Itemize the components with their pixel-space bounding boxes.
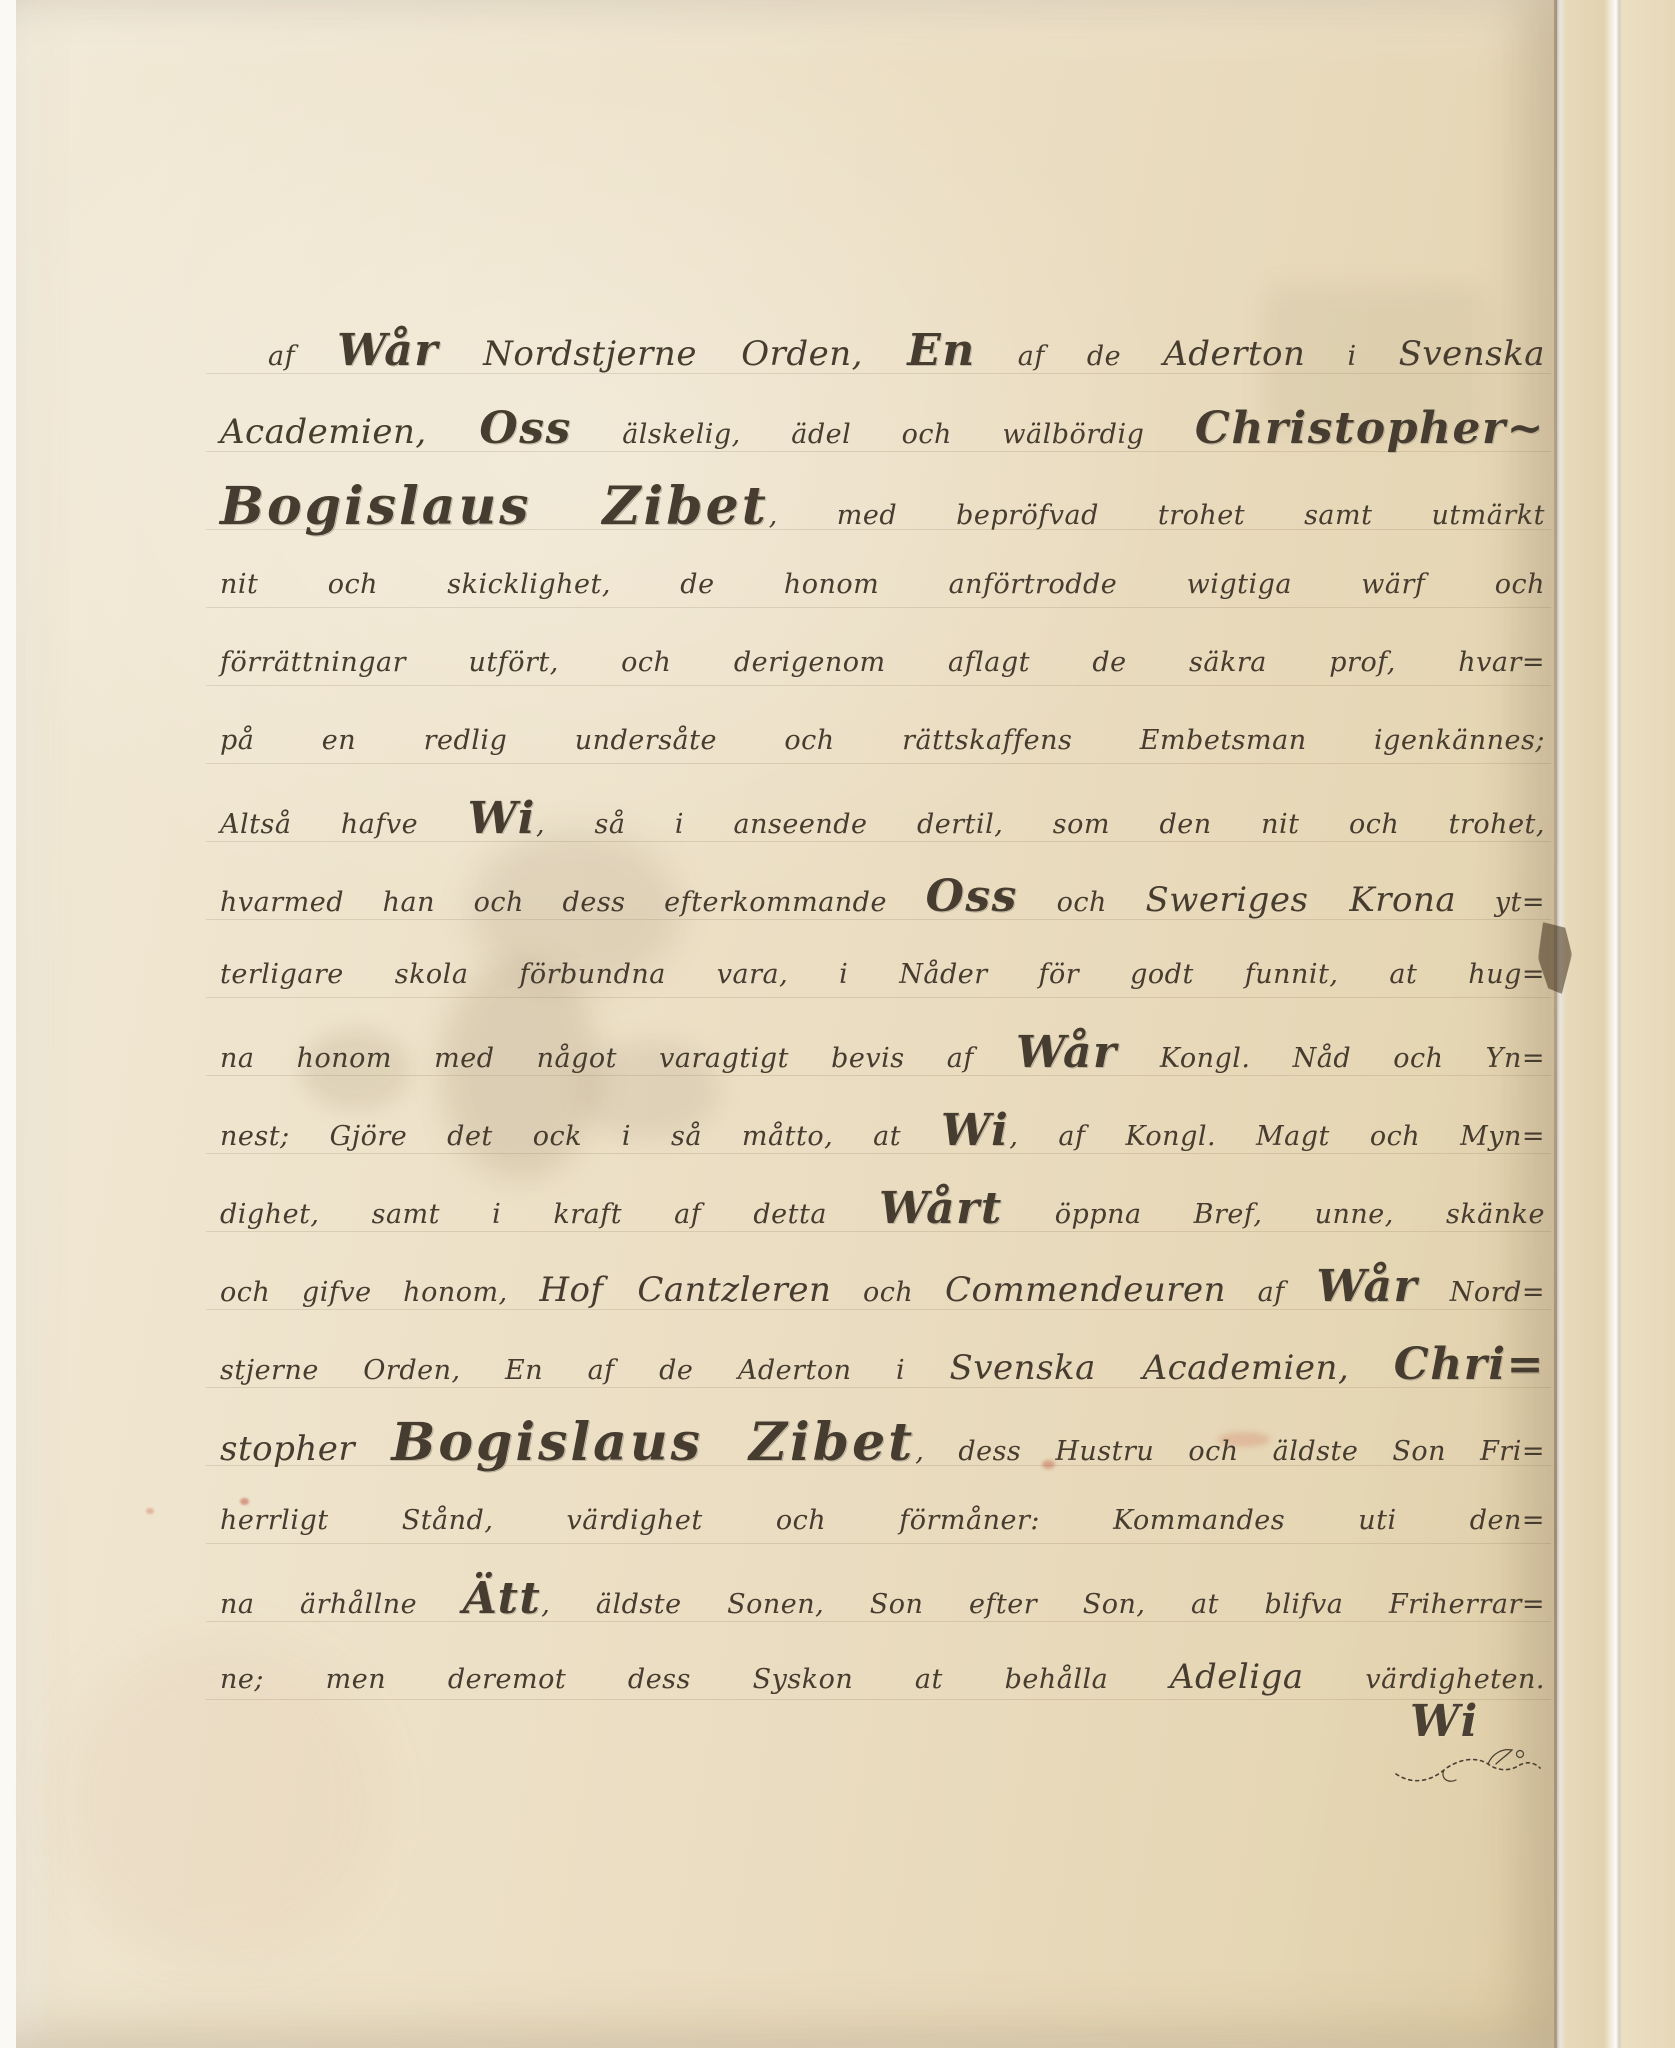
text-segment: af	[1226, 1277, 1316, 1308]
text-segment: Svenska	[1399, 334, 1545, 374]
text-segment: En	[907, 325, 976, 376]
manuscript-line: herrligt Stånd, värdighet och förmåner: …	[220, 1482, 1545, 1560]
text-segment: na ärhållne	[220, 1589, 463, 1620]
text-segment: nit och skicklighet, de honom anförtrodd…	[220, 569, 1545, 600]
manuscript-line: af Wår Nordstjerne Orden, En af de Adert…	[220, 312, 1545, 390]
manuscript-line: stopher Bogislaus Zibet, dess Hustru och…	[220, 1404, 1545, 1482]
text-segment: Oss	[926, 871, 1018, 922]
next-page-edge	[1556, 0, 1675, 2048]
text-segment: af	[268, 341, 337, 372]
text-segment: förrättningar utfört, och derigenom afla…	[220, 647, 1545, 678]
text-segment: Kongl. Nåd och Yn=	[1118, 1043, 1545, 1074]
text-segment: Wi	[941, 1105, 1009, 1156]
manuscript-line: nit och skicklighet, de honom anförtrodd…	[220, 546, 1545, 624]
text-segment: och gifve honom,	[220, 1277, 539, 1308]
text-segment: af de	[976, 341, 1163, 372]
text-segment: Nord=	[1418, 1277, 1545, 1308]
text-segment: Christopher~	[1195, 403, 1545, 454]
text-segment: Svenska Academien,	[950, 1348, 1350, 1388]
manuscript-line: Academien, Oss älskelig, ädel och wälbör…	[220, 390, 1545, 468]
text-segment: Hof Cantzleren	[539, 1270, 831, 1310]
text-segment: terligare skola förbundna vara, i Nåder …	[220, 959, 1545, 990]
text-segment: , med bepröfvad trohet samt utmärkt	[769, 500, 1545, 531]
text-segment: Ätt	[463, 1573, 542, 1624]
text-segment: värdigheten.	[1304, 1664, 1545, 1695]
text-segment: öppna Bref, unne, skänke	[1003, 1199, 1545, 1230]
flourish-icon	[1392, 1730, 1552, 1790]
manuscript-text: af Wår Nordstjerne Orden, En af de Adert…	[220, 312, 1545, 1716]
manuscript-line: na honom med något varagtigt bevis af Wå…	[220, 1014, 1545, 1092]
text-segment: Wår	[1316, 1261, 1418, 1312]
text-segment: och	[1018, 887, 1146, 918]
text-segment: i	[1305, 341, 1398, 372]
text-segment: Wår	[337, 325, 439, 376]
manuscript-line: stjerne Orden, En af de Aderton i Svensk…	[220, 1326, 1545, 1404]
manuscript-line: terligare skola förbundna vara, i Nåder …	[220, 936, 1545, 1014]
text-segment: , af Kongl. Magt och Myn=	[1009, 1121, 1545, 1152]
manuscript-line: Bogislaus Zibet, med bepröfvad trohet sa…	[220, 468, 1545, 546]
manuscript-line: dighet, samt i kraft af detta Wårt öppna…	[220, 1170, 1545, 1248]
text-segment: på en redlig undersåte och rättskaffens …	[220, 725, 1545, 756]
text-segment: ne; men deremot dess Syskon at behålla	[220, 1664, 1170, 1695]
text-segment: Wår	[1016, 1027, 1118, 1078]
manuscript-line: och gifve honom, Hof Cantzleren och Comm…	[220, 1248, 1545, 1326]
text-segment: nest; Gjöre det ock i så måtto, at	[220, 1121, 941, 1152]
manuscript-line: förrättningar utfört, och derigenom afla…	[220, 624, 1545, 702]
text-segment: stopher	[220, 1429, 391, 1469]
text-segment: Commendeuren	[945, 1270, 1226, 1310]
text-segment: Bogislaus Zibet	[391, 1412, 915, 1473]
text-segment: Chri=	[1394, 1339, 1545, 1390]
text-segment: Bogislaus Zibet	[220, 476, 769, 537]
text-segment: Aderton	[1163, 334, 1305, 374]
text-segment: Altså hafve	[220, 809, 468, 840]
manuscript-line: na ärhållne Ätt, äldste Sonen, Son efter…	[220, 1560, 1545, 1638]
manuscript-line: på en redlig undersåte och rättskaffens …	[220, 702, 1545, 780]
text-segment: hvarmed han och dess efterkommande	[220, 887, 926, 918]
text-segment: na honom med något varagtigt bevis af	[220, 1043, 1016, 1074]
text-segment: Wi	[468, 793, 536, 844]
manuscript-line: Altså hafve Wi, så i anseende dertil, so…	[220, 780, 1545, 858]
text-segment: , så i anseende dertil, som den nit och …	[536, 809, 1545, 840]
text-segment: Academien,	[220, 412, 479, 452]
text-segment: Sweriges Krona	[1146, 880, 1457, 920]
photograph-background: af Wår Nordstjerne Orden, En af de Adert…	[0, 0, 1675, 2048]
manuscript-line: nest; Gjöre det ock i så måtto, at Wi, a…	[220, 1092, 1545, 1170]
text-segment: stjerne Orden, En af de Aderton i	[220, 1355, 950, 1386]
text-segment: Oss	[479, 403, 571, 454]
text-segment: dighet, samt i kraft af detta	[220, 1199, 879, 1230]
text-segment: herrligt Stånd, värdighet och förmåner: …	[220, 1505, 1545, 1536]
text-segment: Adeliga	[1170, 1657, 1304, 1697]
text-segment: älskelig, ädel och wälbördig	[572, 419, 1195, 450]
catchword-monogram: Wi	[1392, 1694, 1552, 1794]
manuscript-line: ne; men deremot dess Syskon at behålla A…	[220, 1638, 1545, 1716]
manuscript-line: hvarmed han och dess efterkommande Oss o…	[220, 858, 1545, 936]
text-segment: , dess Hustru och äldste Son Fri=	[915, 1436, 1545, 1467]
text-segment: och	[831, 1277, 945, 1308]
text-segment: Wårt	[879, 1183, 1003, 1234]
text-segment: , äldste Sonen, Son efter Son, at blifva…	[541, 1589, 1545, 1620]
text-segment: Nordstjerne Orden,	[439, 334, 907, 374]
text-segment	[1349, 1355, 1393, 1386]
text-segment: yt=	[1456, 887, 1545, 918]
